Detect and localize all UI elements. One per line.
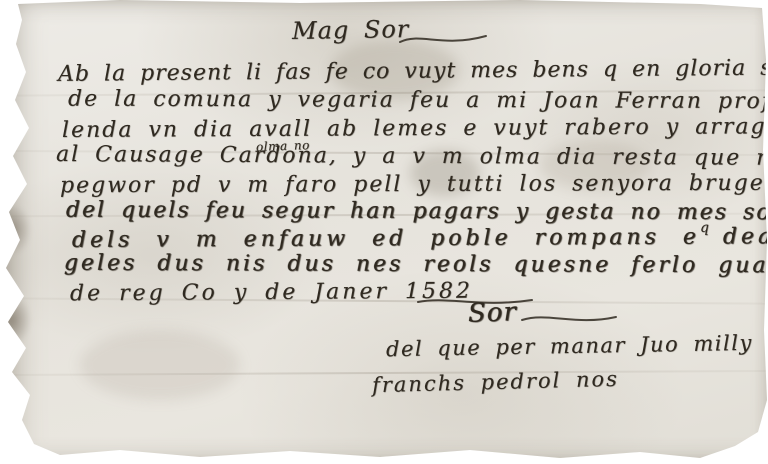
manuscript-scan: Mag Sor Ab la present li fas fe co vuyt …	[0, 0, 768, 464]
rubric-paraph: Sor	[467, 297, 517, 329]
manuscript-line: de la comuna y vegaria feu a mi Joan Fer…	[68, 87, 768, 115]
rubric-flourish	[520, 312, 620, 328]
manuscript-line: Ab la present li fas fe co vuyt mes bens…	[58, 54, 768, 87]
manuscript-line: pegwor pd v m faro pell y tutti los seny…	[60, 171, 768, 199]
manuscript-date-line: de reg Co y de Janer 1582	[70, 279, 473, 307]
signature-line: del que per manar Juo milly	[386, 331, 753, 361]
paper-stain	[80, 330, 240, 400]
manuscript-line: del quels feu segur han pagars y gesta n…	[66, 198, 768, 226]
manuscript-line: lenda vn dia avall ab lemes e vuyt raber…	[62, 114, 768, 143]
tear-shadow	[0, 290, 40, 350]
salutation-flourish	[398, 30, 490, 50]
manuscript-line: al Causage Cardona, y a v m olma dia res…	[56, 142, 768, 171]
manuscript-line: geles dus nis dus nes reols quesne ferlo…	[64, 251, 768, 279]
manuscript-line: dels v m enfauw ed poble rompans e deavi	[72, 224, 768, 253]
tear-shadow	[0, 190, 40, 270]
salutation: Mag Sor	[292, 15, 410, 45]
signature-line: franchs pedrol nos	[372, 367, 619, 397]
interlinear-insertion: olma no	[256, 138, 310, 154]
paper-sheet: Mag Sor Ab la present li fas fe co vuyt …	[0, 0, 768, 464]
marginal-note: q	[700, 220, 710, 236]
